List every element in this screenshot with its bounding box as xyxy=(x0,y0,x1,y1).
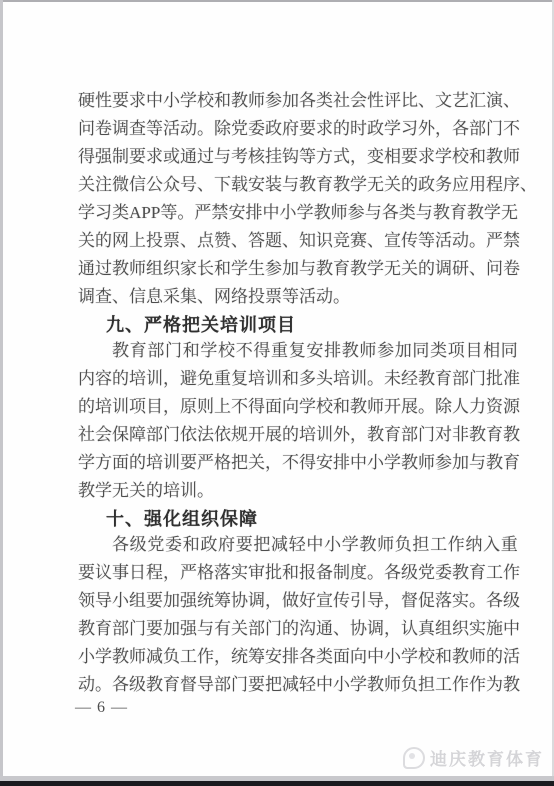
text-line: 社会保障部门依法依规开展的培训外，教育部门对非教育教 xyxy=(78,421,518,449)
page-edge-left xyxy=(0,0,3,781)
text-line: 的培训项目，原则上不得面向学校和教师开展。除人力资源 xyxy=(78,393,518,421)
document-body: 硬性要求中小学校和教师参加各类社会性评比、文艺汇演、问卷调查等活动。除党委政府要… xyxy=(78,87,518,699)
watermark-logo-icon xyxy=(403,747,425,769)
text-line: 硬性要求中小学校和教师参加各类社会性评比、文艺汇演、 xyxy=(78,87,518,115)
scanned-document-page: 硬性要求中小学校和教师参加各类社会性评比、文艺汇演、问卷调查等活动。除党委政府要… xyxy=(0,0,554,786)
text-line: 通过教师组织家长和学生参加与教育教学无关的调研、问卷 xyxy=(78,255,518,283)
text-line: 内容的培训，避免重复培训和多头培训。未经教育部门批准 xyxy=(78,365,518,393)
text-line: 得强制要求或通过与考核挂钩等方式，变相要求学校和教师 xyxy=(78,143,518,171)
page-bottom-edge-dark xyxy=(0,781,554,786)
text-line: 各级党委和政府要把减轻中小学教师负担工作纳入重 xyxy=(78,531,518,559)
text-line: 关的网上投票、点赞、答题、知识竞赛、宣传等活动。严禁 xyxy=(78,227,518,255)
text-line: 教育部门要加强与有关部门的沟通、协调，认真组织实施中 xyxy=(78,615,518,643)
text-line: 领导小组要加强统筹协调，做好宣传引导，督促落实。各级 xyxy=(78,587,518,615)
text-line: 学习类APP等。严禁安排中小学教师参与各类与教育教学无 xyxy=(78,199,518,227)
page-edge-top xyxy=(0,0,554,2)
text-line: 教学无关的培训。 xyxy=(78,477,518,505)
section-heading: 九、严格把关培训项目 xyxy=(78,311,518,337)
paragraph: 教育部门和学校不得重复安排教师参加同类项目相同内容的培训，避免重复培训和多头培训… xyxy=(78,337,518,505)
paragraph: 硬性要求中小学校和教师参加各类社会性评比、文艺汇演、问卷调查等活动。除党委政府要… xyxy=(78,87,518,311)
text-line: 关注微信公众号、下载安装与教育教学无关的政务应用程序、 xyxy=(78,171,518,199)
text-line: 要议事日程，严格落实审批和报备制度。各级党委教育工作 xyxy=(78,559,518,587)
text-line: 调查、信息采集、网络投票等活动。 xyxy=(78,283,518,311)
text-line: 动。各级教育督导部门要把减轻中小学教师负担工作作为教 xyxy=(78,671,518,699)
text-line: 问卷调查等活动。除党委政府要求的时政学习外，各部门不 xyxy=(78,115,518,143)
text-line: 学方面的培训要严格把关，不得安排中小学教师参加与教育 xyxy=(78,449,518,477)
watermark-text: 迪庆教育体育 xyxy=(430,745,544,770)
text-line: 小学教师减负工作，统筹安排各类面向中小学校和教师的活 xyxy=(78,643,518,671)
paragraph: 各级党委和政府要把减轻中小学教师负担工作纳入重要议事日程，严格落实审批和报备制度… xyxy=(78,531,518,699)
text-line: 教育部门和学校不得重复安排教师参加同类项目相同 xyxy=(78,337,518,365)
section-heading: 十、强化组织保障 xyxy=(78,505,518,531)
watermark: 迪庆教育体育 xyxy=(403,745,544,770)
page-number: — 6 — xyxy=(75,699,128,717)
